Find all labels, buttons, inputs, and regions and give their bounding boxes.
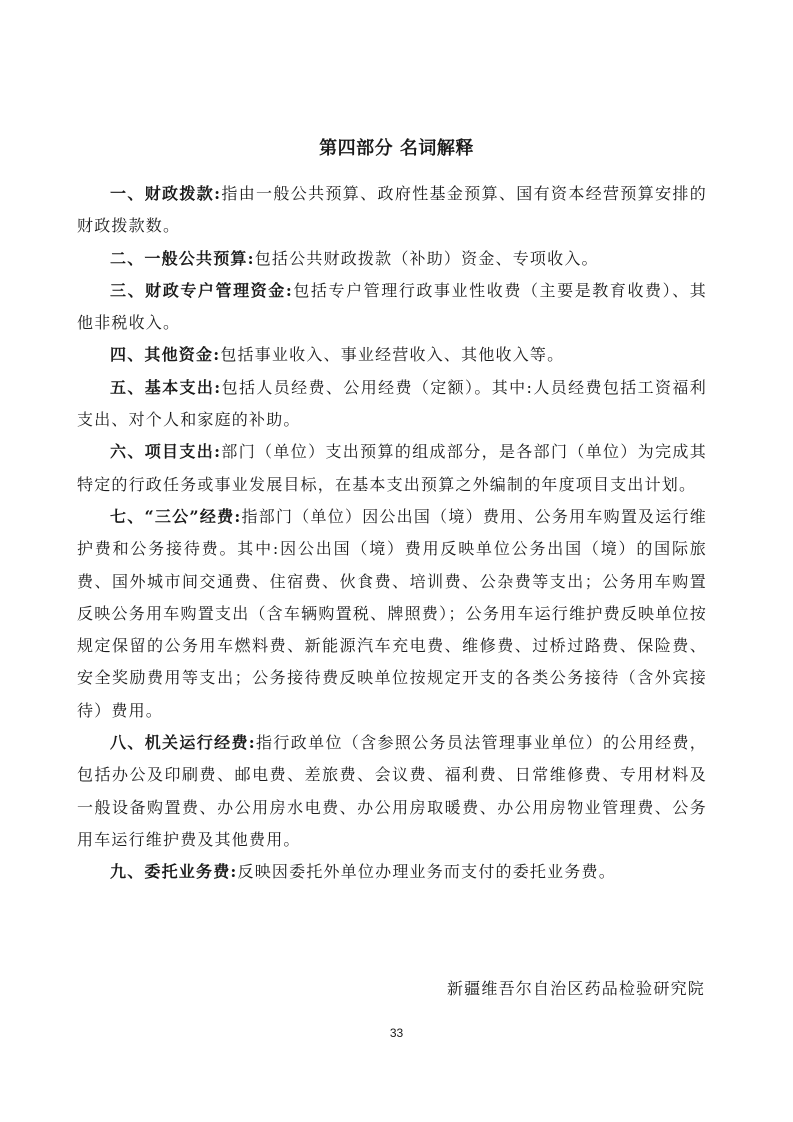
organization-signature: 新疆维吾尔自治区药品检验研究院: [447, 976, 705, 999]
term-definition: 反映因委托外单位办理业务而支付的委托业务费。: [238, 862, 616, 881]
term-label: 二、一般公共预算:: [110, 249, 255, 268]
glossary-entry-6: 六、项目支出:部门（单位）支出预算的组成部分，是各部门（单位）为完成其特定的行政…: [77, 436, 707, 501]
term-label: 三、财政专户管理资金:: [110, 281, 293, 300]
glossary-entry-8: 八、机关运行经费:指行政单位（含参照公务员法管理事业单位）的公用经费，包括办公及…: [77, 727, 707, 856]
term-label: 八、机关运行经费:: [110, 733, 256, 752]
glossary-entry-4: 四、其他资金:包括事业收入、事业经营收入、其他收入等。: [77, 339, 707, 371]
glossary-body: 一、财政拨款:指由一般公共预算、政府性基金预算、国有资本经营预算安排的财政拨款数…: [77, 178, 707, 889]
glossary-entry-2: 二、一般公共预算:包括公共财政拨款（补助）资金、专项收入。: [77, 243, 707, 275]
term-definition: 包括公共财政拨款（补助）资金、专项收入。: [255, 249, 599, 268]
page-title: 第四部分 名词解释: [0, 134, 793, 160]
term-label: 一、财政拨款:: [110, 184, 221, 203]
term-label: 六、项目支出:: [110, 442, 221, 461]
term-label: 七、“三公”经费:: [110, 507, 241, 526]
page-number: 33: [0, 1026, 793, 1040]
glossary-entry-5: 五、基本支出:包括人员经费、公用经费（定额）。其中:人员经费包括工资福利支出、对…: [77, 372, 707, 437]
glossary-entry-7: 七、“三公”经费:指部门（单位）因公出国（境）费用、公务用车购置及运行维护费和公…: [77, 501, 707, 727]
term-definition: 包括事业收入、事业经营收入、其他收入等。: [220, 345, 564, 364]
term-label: 九、委托业务费:: [110, 862, 238, 881]
term-label: 五、基本支出:: [110, 378, 221, 397]
term-label: 四、其他资金:: [110, 345, 220, 364]
glossary-entry-3: 三、财政专户管理资金:包括专户管理行政事业性收费（主要是教育收费）、其他非税收入…: [77, 275, 707, 340]
term-definition: 指部门（单位）因公出国（境）费用、公务用车购置及运行维护费和公务接待费。其中:因…: [77, 507, 707, 720]
glossary-entry-1: 一、财政拨款:指由一般公共预算、政府性基金预算、国有资本经营预算安排的财政拨款数…: [77, 178, 707, 243]
glossary-entry-9: 九、委托业务费:反映因委托外单位办理业务而支付的委托业务费。: [77, 856, 707, 888]
